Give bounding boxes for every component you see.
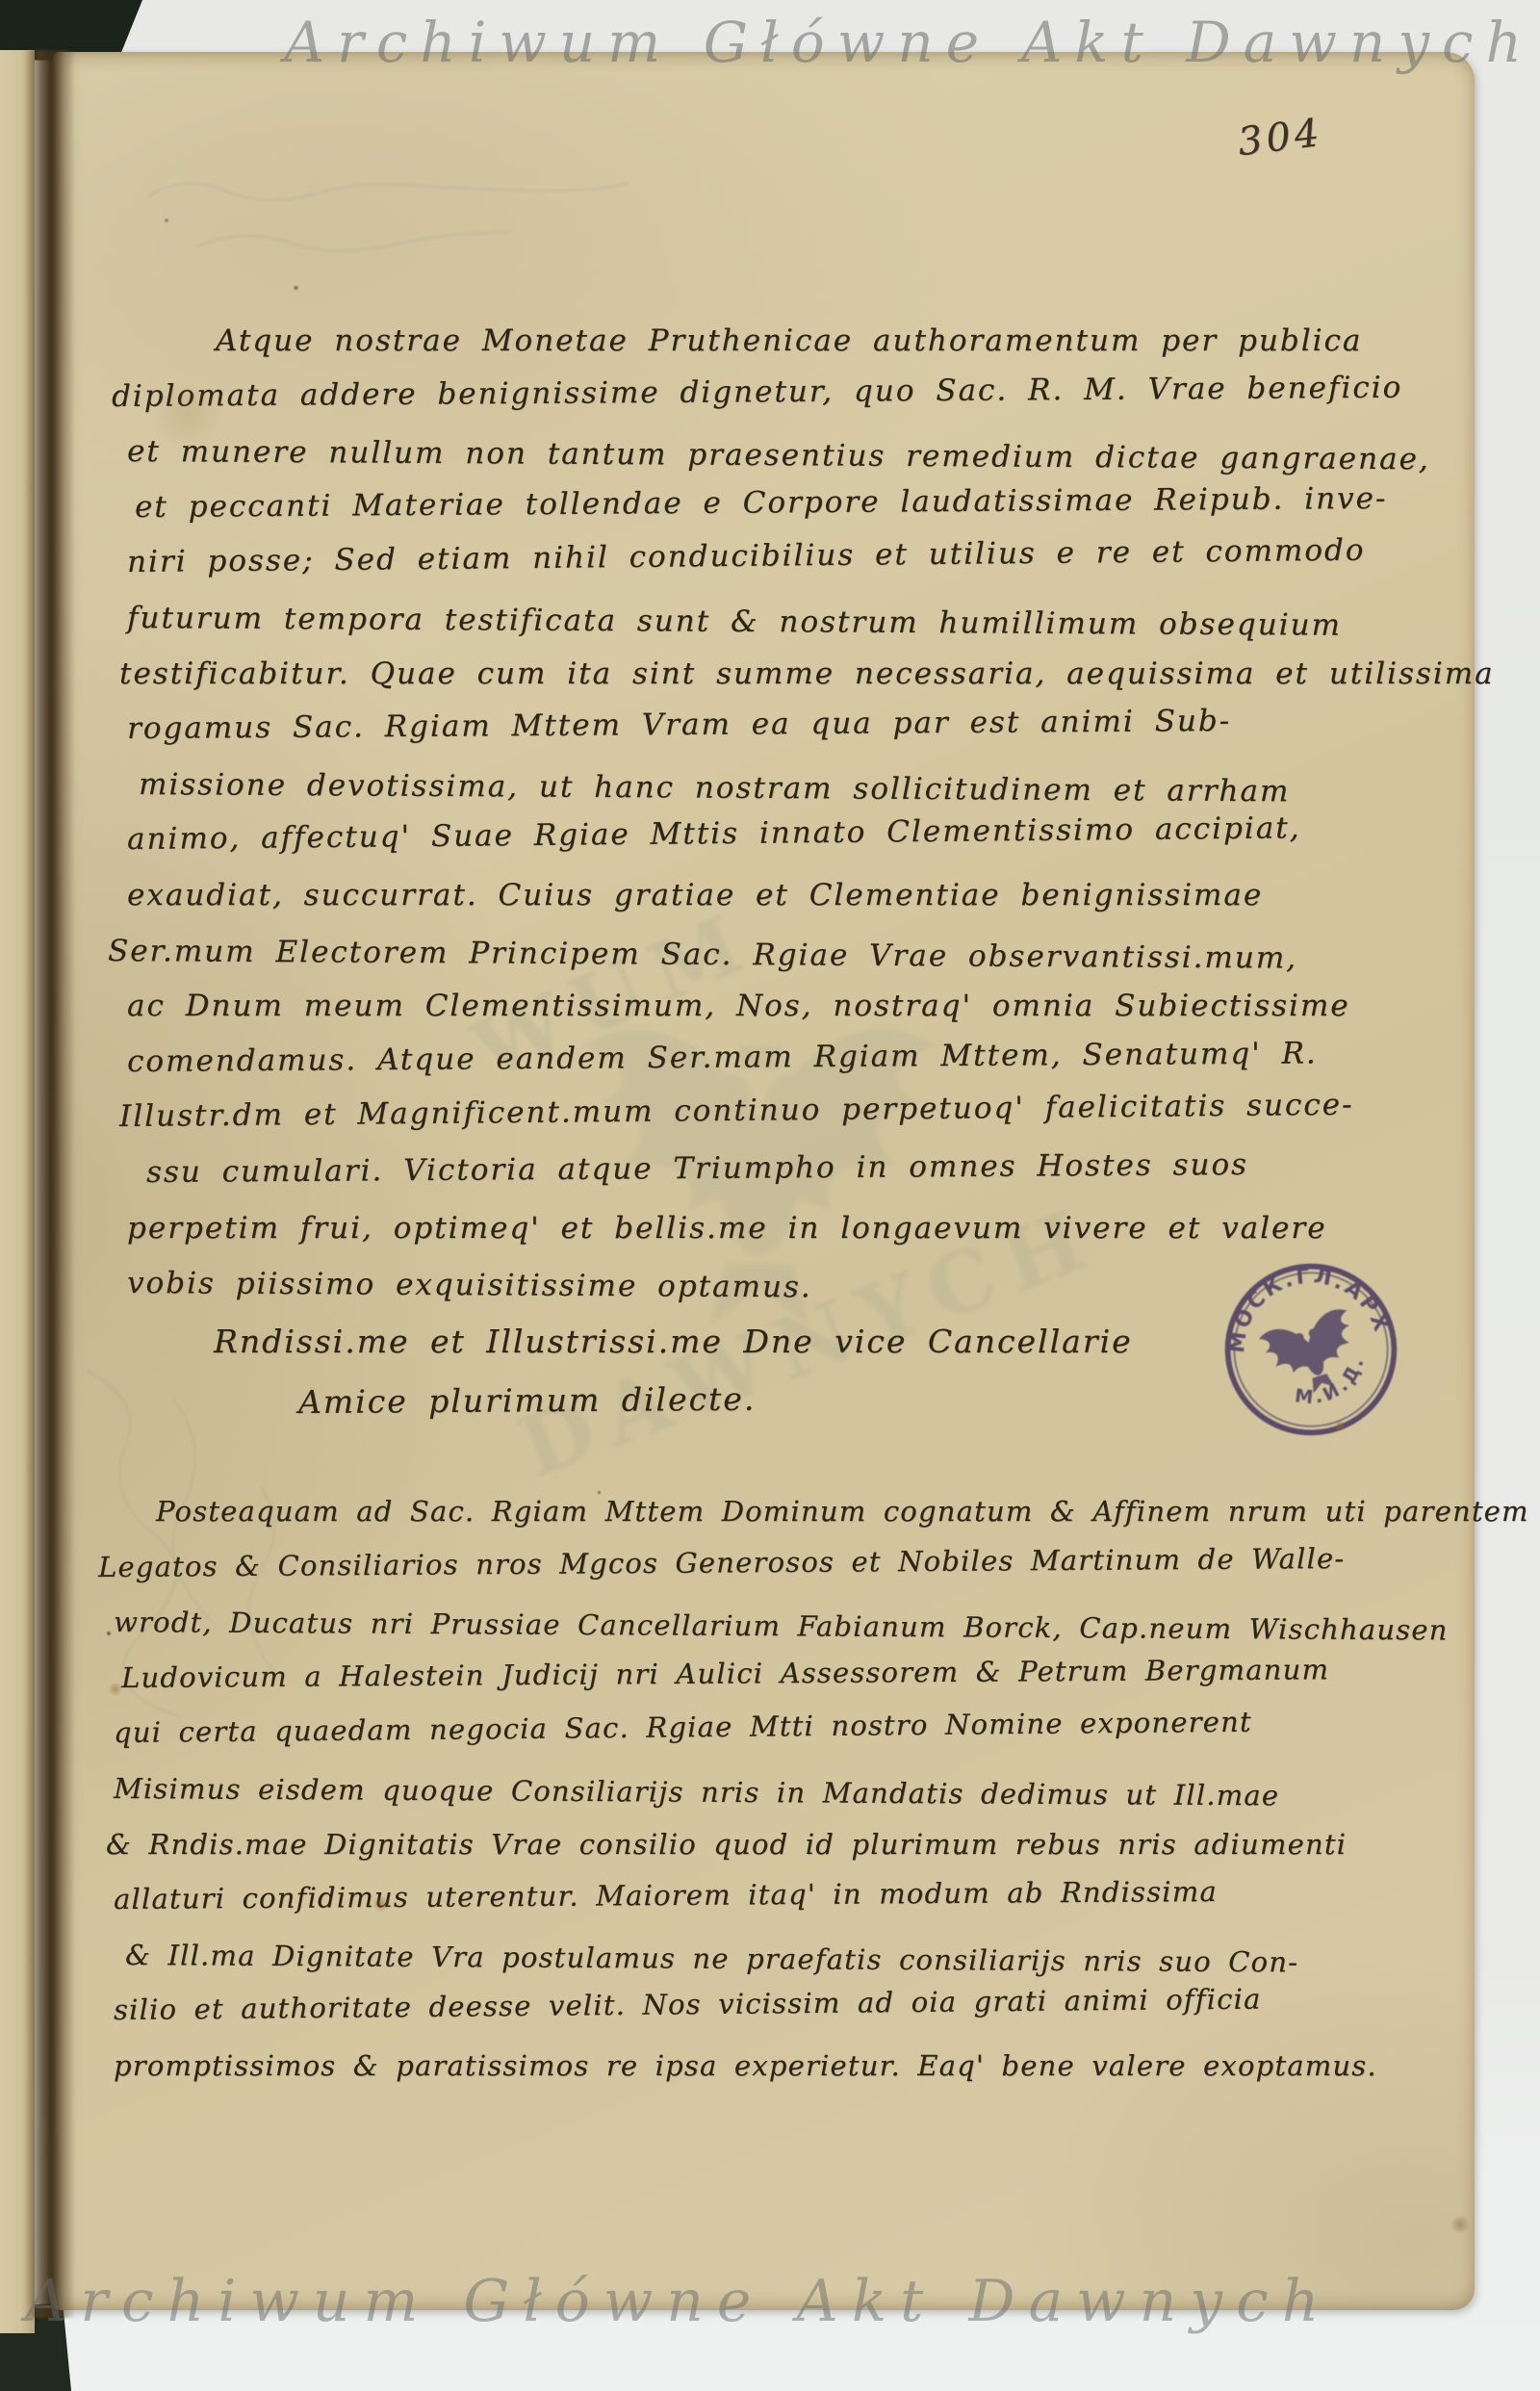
manuscript-line: Amice plurimum dilecte. (298, 1366, 1133, 1432)
foxing-stain (108, 1683, 123, 1696)
manuscript-line: qui certa quaedam negocia Sac. Rgiae Mtt… (114, 1693, 1461, 1761)
manuscript-line: allaturi confidimus uterentur. Maiorem i… (114, 1863, 1461, 1927)
bleedthrough-scribble (139, 158, 735, 283)
binding-gutter-shadow (25, 50, 75, 2318)
folio-number: 304 (1236, 111, 1325, 165)
manuscript-line: exaudiat, succurrat. Cuius gratiae et Cl… (127, 868, 1436, 924)
manuscript-line: ssu cumulari. Victoria atque Triumpho in… (146, 1137, 1436, 1201)
foxing-stain (372, 1896, 391, 1912)
latin-text-block-2: Posteaquam ad Sac. Rgiam Mttem Dominum c… (114, 1484, 1461, 2095)
parchment-page: WUM DAWNYCH 304 (52, 52, 1475, 2310)
foxing-stain (1450, 2216, 1471, 2233)
manuscript-line: perpetim frui, optimeq' et bellis.me in … (127, 1201, 1436, 1257)
ink-speck (293, 285, 299, 291)
manuscript-line: Misimus eisdem quoque Consiliarijs nris … (114, 1761, 1461, 1825)
manuscript-line: silio et authoritate deesse velit. Nos v… (114, 1970, 1461, 2039)
manuscript-line: Ser.mum Electorem Principem Sac. Rgiae V… (108, 924, 1436, 988)
manuscript-line: rogamus Sac. Rgiam Mttem Vram ea qua par… (127, 693, 1436, 758)
manuscript-line: futurum tempora testificata sunt & nostr… (127, 591, 1436, 655)
ink-speck (597, 1490, 602, 1495)
manuscript-line: Legatos & Consiliarios nros Mgcos Genero… (98, 1530, 1461, 1595)
ink-speck (164, 218, 169, 223)
scanned-manuscript-page: WUM DAWNYCH 304 (0, 0, 1540, 2391)
ink-speck (106, 1631, 112, 1636)
manuscript-line: animo, affectuq' Suae Rgiae Mttis innato… (127, 800, 1436, 868)
manuscript-line: diplomata addere benignissime dignetur, … (112, 360, 1436, 424)
manuscript-line: Illustr.dm et Magnificent.mum continuo p… (119, 1077, 1436, 1145)
manuscript-line: Rndissi.me et Illustrissi.me Dne vice Ca… (214, 1311, 1133, 1372)
manuscript-line: niri posse; Sed etiam nihil conducibiliu… (127, 523, 1436, 591)
foxing-stain (144, 385, 231, 443)
foxing-stain (1334, 1421, 1347, 1431)
manuscript-line: promptissimos & paratissimos re ipsa exp… (114, 2039, 1461, 2095)
address-lines: Rndissi.me et Illustrissi.me Dne vice Ca… (214, 1311, 1133, 1432)
latin-text-block-1: Atque nostrae Monetae Pruthenicae author… (127, 314, 1436, 1312)
